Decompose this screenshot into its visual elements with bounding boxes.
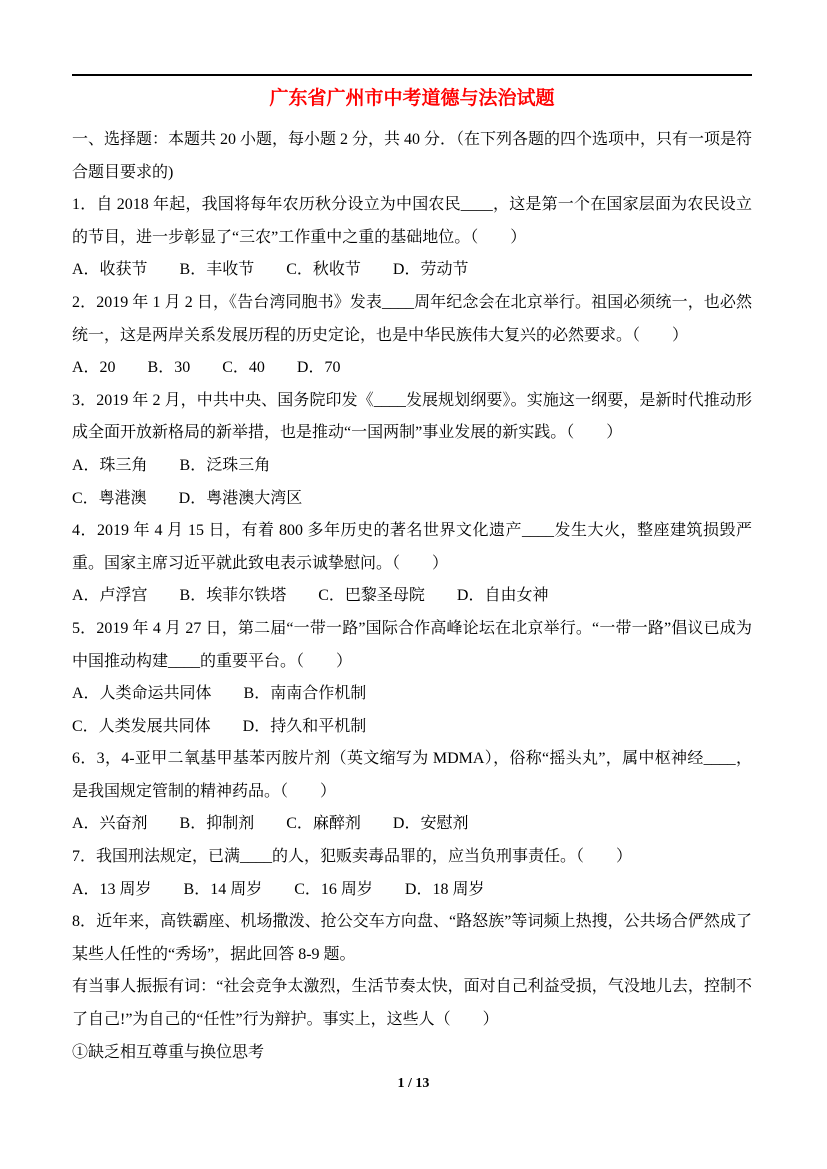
question-4-options: A．卢浮宫 B．埃菲尔铁塔 C．巴黎圣母院 D．自由女神 xyxy=(72,580,752,613)
question-3-stem: 3．2019 年 2 月，中共中央、国务院印发《____发展规划纲要》。实施这一… xyxy=(72,385,752,450)
question-8-statement-1: ①缺乏相互尊重与换位思考 xyxy=(72,1037,752,1070)
document-page: 广东省广州市中考道德与法治试题 一、选择题：本题共 20 小题，每小题 2 分，… xyxy=(0,0,827,1169)
question-2-stem: 2．2019 年 1 月 2 日，《告台湾同胞书》发表____周年纪念会在北京举… xyxy=(72,287,752,352)
question-6-stem: 6．3，4-亚甲二氧基甲基苯丙胺片剂（英文缩写为 MDMA），俗称“摇头丸”，属… xyxy=(72,743,752,808)
page-title: 广东省广州市中考道德与法治试题 xyxy=(72,84,752,114)
question-5-options-cd: C．人类发展共同体 D．持久和平机制 xyxy=(72,711,752,744)
question-3-options-ab: A．珠三角 B．泛珠三角 xyxy=(72,450,752,483)
question-7-stem: 7．我国刑法规定，已满____的人，犯贩卖毒品罪的，应当负刑事责任。（ ） xyxy=(72,841,752,874)
question-1-stem: 1．自 2018 年起，我国将每年农历秋分设立为中国农民____，这是第一个在国… xyxy=(72,189,752,254)
question-4-stem: 4．2019 年 4 月 15 日，有着 800 多年历史的著名世界文化遗产__… xyxy=(72,515,752,580)
page-footer: 1 / 13 xyxy=(0,1076,827,1092)
question-2-options: A．20 B．30 C．40 D．70 xyxy=(72,352,752,385)
question-1-options: A．收获节 B．丰收节 C．秋收节 D．劳动节 xyxy=(72,254,752,287)
question-8-stem: 8．近年来，高铁霸座、机场撒泼、抢公交车方向盘、“路怒族”等词频上热搜，公共场合… xyxy=(72,906,752,971)
question-8-passage: 有当事人振振有词：“社会竞争太激烈，生活节奏太快，面对自己利益受损，气没地儿去，… xyxy=(72,971,752,1036)
question-6-options: A．兴奋剂 B．抑制剂 C．麻醉剂 D．安慰剂 xyxy=(72,808,752,841)
question-5-stem: 5．2019 年 4 月 27 日，第二届“一带一路”国际合作高峰论坛在北京举行… xyxy=(72,613,752,678)
page-number: 1 / 13 xyxy=(398,1076,430,1091)
question-5-options-ab: A．人类命运共同体 B．南南合作机制 xyxy=(72,678,752,711)
page-content: 广东省广州市中考道德与法治试题 一、选择题：本题共 20 小题，每小题 2 分，… xyxy=(72,84,752,1069)
header-rule xyxy=(72,74,752,76)
question-3-options-cd: C．粤港澳 D．粤港澳大湾区 xyxy=(72,483,752,516)
section-heading: 一、选择题：本题共 20 小题，每小题 2 分，共 40 分．（在下列各题的四个… xyxy=(72,124,752,189)
question-7-options: A．13 周岁 B．14 周岁 C．16 周岁 D．18 周岁 xyxy=(72,874,752,907)
